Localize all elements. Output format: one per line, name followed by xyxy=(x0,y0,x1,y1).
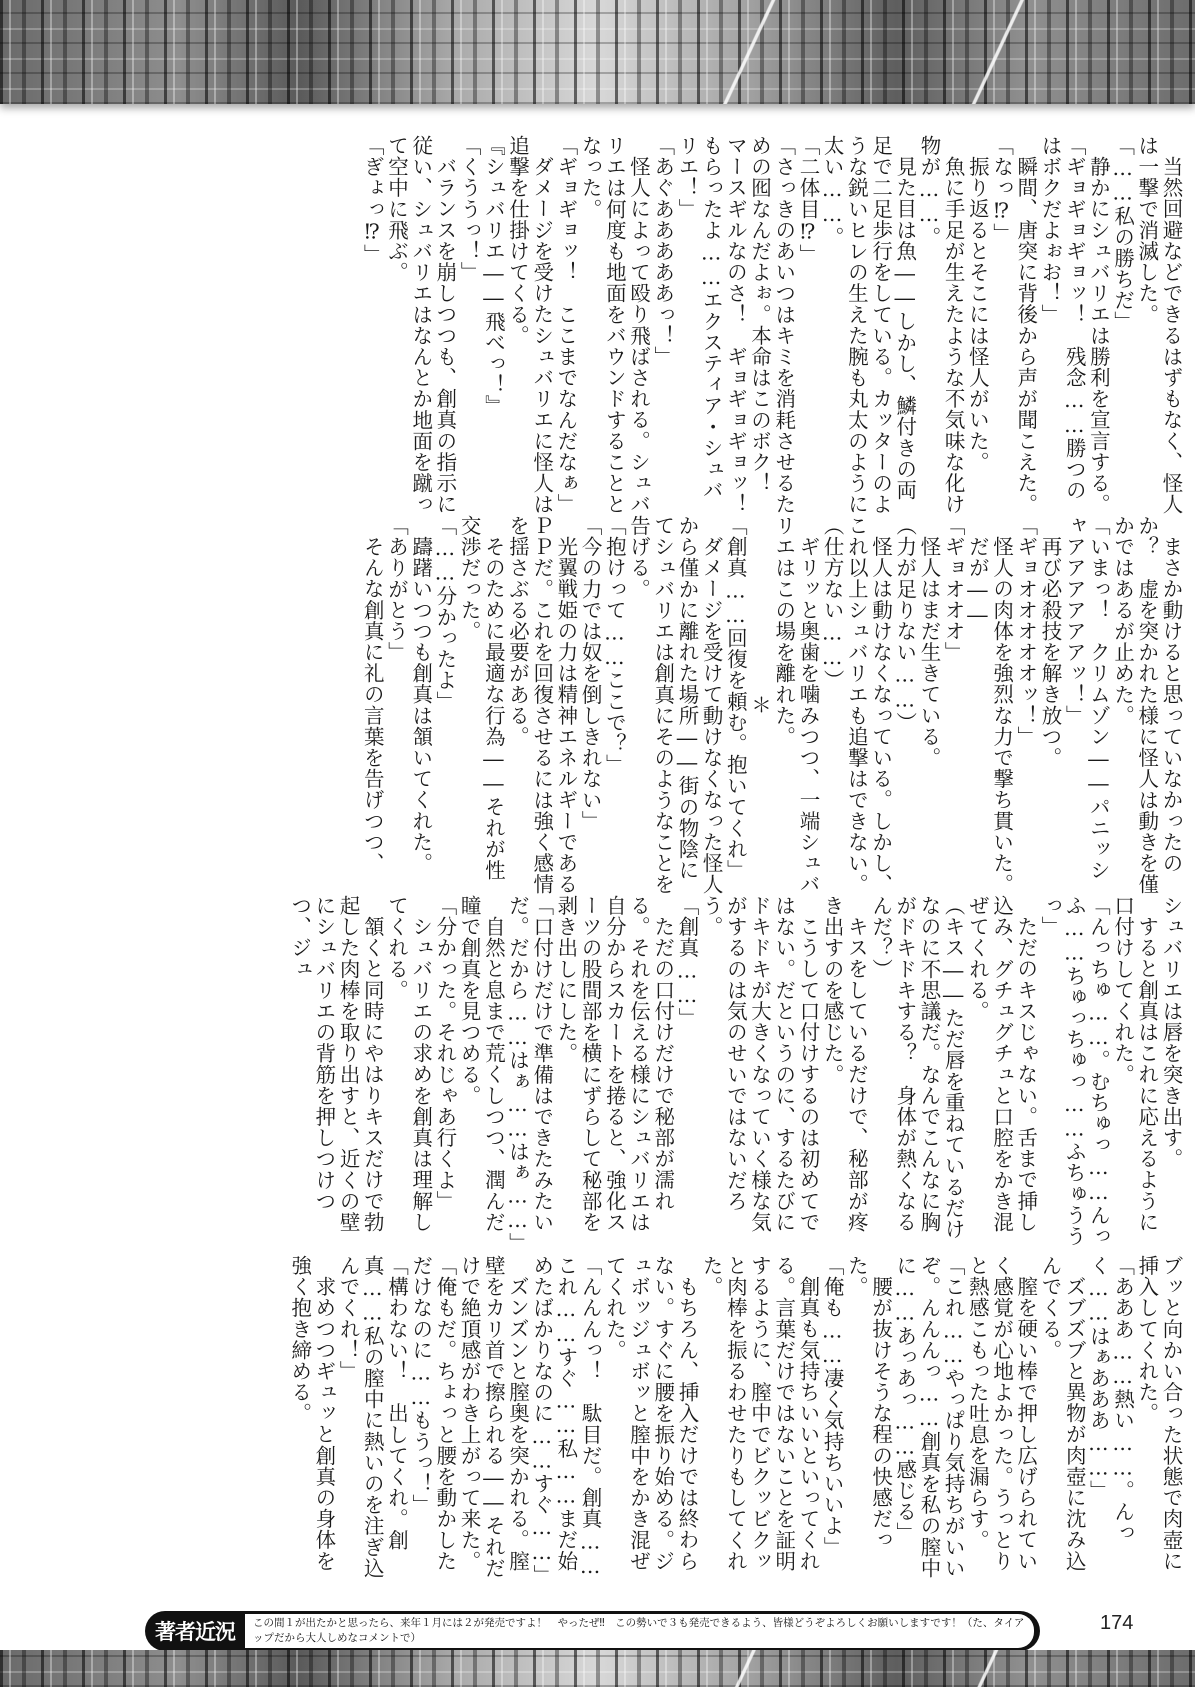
paragraph: 魚に手足が生えたような不気味な化け物が……。 xyxy=(917,135,965,515)
page-number: 174 xyxy=(1100,1612,1133,1635)
paragraph: 「口付けだけで準備はできたみたいだ。だから……はぁ……はぁ……」 xyxy=(505,895,553,1250)
header-decorative-banner xyxy=(0,0,1195,104)
paragraph: 「あぐあああああっ！」 xyxy=(651,135,675,515)
paragraph: 自然と息まで荒くしつつ、潤んだ瞳で創真を見つめる。 xyxy=(457,895,505,1250)
paragraph: ブッと向かい合った状態で肉壺に挿入してくれた。 xyxy=(1135,1255,1183,1590)
paragraph: 腰が抜けそうな程の快感だった。 xyxy=(844,1255,892,1590)
author-notes-label: 著者近況 xyxy=(145,1616,245,1646)
paragraph: 「ぎょっ⁉」 xyxy=(360,135,384,515)
paragraph: 見た目は魚――しかし、鱗付きの両足で二足歩行をしている。カッターのような鋭いヒレ… xyxy=(820,135,917,515)
paragraph: （キス――ただ唇を重ねているだけなのに不思議だ。なんでこんなに胸がドキドキする？… xyxy=(868,895,965,1250)
paragraph: 「くううっ！」 xyxy=(457,135,481,515)
paragraph: 「俺も……凄く気持ちいいよ」 xyxy=(820,1255,844,1590)
paragraph: 怪人によって殴り飛ばされる。シュバリエは何度も地面をバウンドすることとなった。 xyxy=(578,135,651,515)
paragraph: もちろん、挿入だけでは終わらない。すぐに腰を振り始める。ジュボッジュボッと膣中を… xyxy=(602,1255,699,1590)
paragraph: 頷くと同時にやはりキスだけで勃起した肉棒を取り出すと、近くの壁にシュバリエの背筋… xyxy=(287,895,384,1250)
paragraph: ズブズブと異物が肉壺に沈み込んでくる。 xyxy=(1038,1255,1086,1590)
text-tier-2: まさか動けると思っていなかったのか？ 虚を突かれた様に怪人は動きを僅かではあるが… xyxy=(143,515,1183,895)
paragraph: シュバリエの求めを創真は理解してくれる。 xyxy=(384,895,432,1250)
paragraph: 「あああ……熱い……。んっく……はぁあああ……」 xyxy=(1086,1255,1134,1590)
scene-break: ＊ xyxy=(747,515,771,895)
paragraph: 「二体目⁉」 xyxy=(796,135,820,515)
paragraph: 「ギョオオオオオッ！」 xyxy=(1014,515,1038,895)
paragraph: まさか動けると思っていなかったのか？ 虚を突かれた様に怪人は動きを僅かではあるが… xyxy=(1110,515,1183,895)
paragraph: 当然回避などできるはずもなく、怪人は一撃で消滅した。 xyxy=(1135,135,1183,515)
paragraph: 「俺もだ。ちょっと腰を動かしただけなのに……もうっ！」 xyxy=(409,1255,457,1590)
paragraph: 「今の力では奴を倒しきれない」 xyxy=(578,515,602,895)
paragraph: ダメージを受けたシュバリエに怪人は追撃を仕掛けてくる。 xyxy=(505,135,553,515)
paragraph: 「さっきのあいつはキミを消耗させるための囮なんだよぉ。本命はこのボク！ マースギ… xyxy=(675,135,796,515)
paragraph: 「んっちゅ……。むちゅっ……んっふ……ちゅっちゅっ……ふちゅううっ」 xyxy=(1038,895,1111,1250)
paragraph: 静かにシュバリエは勝利を宣言する。 xyxy=(1086,135,1110,515)
paragraph: 「……私の勝ちだ」 xyxy=(1110,135,1134,515)
author-notes-bar: 著者近況 この間１が出たかと思ったら、来年１月には２が発売ですよ！ やったぜ‼ … xyxy=(145,1611,1040,1651)
paragraph: 「ありがとう」 xyxy=(384,515,408,895)
paragraph: 「いまっ！ クリムゾン――パニッシャアアアアアアッ！」 xyxy=(1062,515,1110,895)
author-notes-comment: この間１が出たかと思ったら、来年１月には２が発売ですよ！ やったぜ‼ この勢いで… xyxy=(245,1614,1034,1648)
paragraph: こうして口付けするのは初めてではない。だというのに、するたびにドキドキが大きくな… xyxy=(699,895,820,1250)
paragraph: 「……分かったよ」 xyxy=(433,515,457,895)
paragraph: 「ギョギョギョッ！ 残念……勝つのはボクだよぉお！」 xyxy=(1038,135,1086,515)
paragraph: 怪人は動けなくなっている。しかし、これ以上シュバリエも追撃はできない。 xyxy=(844,515,892,895)
paragraph: 瞬間、唐突に背後から声が聞こえた。 xyxy=(1014,135,1038,515)
paragraph: 「んんんっ！ 駄目だ。創真……これ……すぐ……私……まだ始めたばかりなのに……す… xyxy=(530,1255,603,1590)
paragraph: ダメージを受けて動けなくなった怪人から僅かに離れた場所――街の物陰にてシュバリエ… xyxy=(626,515,723,895)
text-tier-4: ブッと向かい合った状態で肉壺に挿入してくれた。「あああ……熱い……。んっく……は… xyxy=(143,1255,1183,1590)
paragraph: すると創真はこれに応えるように口付けしてくれた。 xyxy=(1110,895,1158,1250)
text-tier-1: 当然回避などできるはずもなく、怪人は一撃で消滅した。「……私の勝ちだ」静かにシュ… xyxy=(143,135,1183,515)
paragraph: 「なっ⁉」 xyxy=(989,135,1013,515)
paragraph: 「構わない！ 出してくれ。創真……私の膣中に熱いのを注ぎ込んでくれ！」 xyxy=(336,1255,409,1590)
paragraph: 「分かった。それじゃあ行くよ」 xyxy=(433,895,457,1250)
paragraph: 躊躇いつつも創真は頷いてくれた。 xyxy=(409,515,433,895)
paragraph: （仕方ない……） xyxy=(820,515,844,895)
paragraph: 「ギョオオオ」 xyxy=(941,515,965,895)
paragraph: そんな創真に礼の言葉を告げつつ、 xyxy=(360,515,384,895)
paragraph: 再び必殺技を解き放つ。 xyxy=(1038,515,1062,895)
paragraph: 怪人の肉体を強烈な力で撃ち貫いた。 xyxy=(989,515,1013,895)
paragraph: 創真も気持ちいいといってくれる。言葉だけではないことを証明するように、膣中でビク… xyxy=(699,1255,820,1590)
paragraph: 「創真……」 xyxy=(675,895,699,1250)
footer-decorative-banner xyxy=(0,1650,1195,1687)
paragraph: ただのキスじゃない。舌まで挿し込み、グチュグチュと口腔をかき混ぜてくれる。 xyxy=(965,895,1038,1250)
paragraph: ただの口付けだけで秘部が濡れる。それを伝える様にシュバリエは自分からスカートを捲… xyxy=(554,895,675,1250)
paragraph: 「ギョギョッ！ ここまでなんだなぁ」 xyxy=(554,135,578,515)
paragraph: 膣を硬い棒で押し広げられていく感覚が心地よかった。うっとりと熱感こもった吐息を漏… xyxy=(965,1255,1038,1590)
paragraph: 「創真……回復を頼む。抱いてくれ」 xyxy=(723,515,747,895)
paragraph: バランスを崩しつつも、創真の指示に従い、シュバリエはなんとか地面を蹴って空中に飛… xyxy=(384,135,457,515)
paragraph: そのために最適な行為――それが性交渉だった。 xyxy=(457,515,505,895)
paragraph: シュバリエは唇を突き出す。 xyxy=(1159,895,1183,1250)
paragraph: 『シュバリエ――飛べっ！』 xyxy=(481,135,505,515)
paragraph: 光翼戦姫の力は精神エネルギーであるＰＰだ。これを回復させるには強く感情を揺さぶる… xyxy=(505,515,578,895)
text-tier-3: シュバリエは唇を突き出す。すると創真はこれに応えるように口付けしてくれた。「んっ… xyxy=(143,895,1183,1250)
paragraph: 怪人はまだ生きている。 xyxy=(917,515,941,895)
paragraph: キスをしているだけで、秘部が疼き出すのを感じた。 xyxy=(820,895,868,1250)
paragraph: 振り返るとそこには怪人がいた。 xyxy=(965,135,989,515)
paragraph: 「抱けって……ここで？」 xyxy=(602,515,626,895)
paragraph: ギリッと奥歯を噛みつつ、一端シュバリエはこの場を離れた。 xyxy=(772,515,820,895)
paragraph: だが―― xyxy=(965,515,989,895)
paragraph: ズンズンと膣奥を突かれる。膣壁をカリ首で擦られる――それだけで絶頂感がわき上がっ… xyxy=(457,1255,530,1590)
paragraph: 求めつつギュッと創真の身体を強く抱き締める。 xyxy=(287,1255,335,1590)
paragraph: （力が足りない……） xyxy=(893,515,917,895)
paragraph: 「これ……やっぱり気持ちがいいぞ。んんんっ……創真を私の膣中に……あっあっ……感… xyxy=(893,1255,966,1590)
